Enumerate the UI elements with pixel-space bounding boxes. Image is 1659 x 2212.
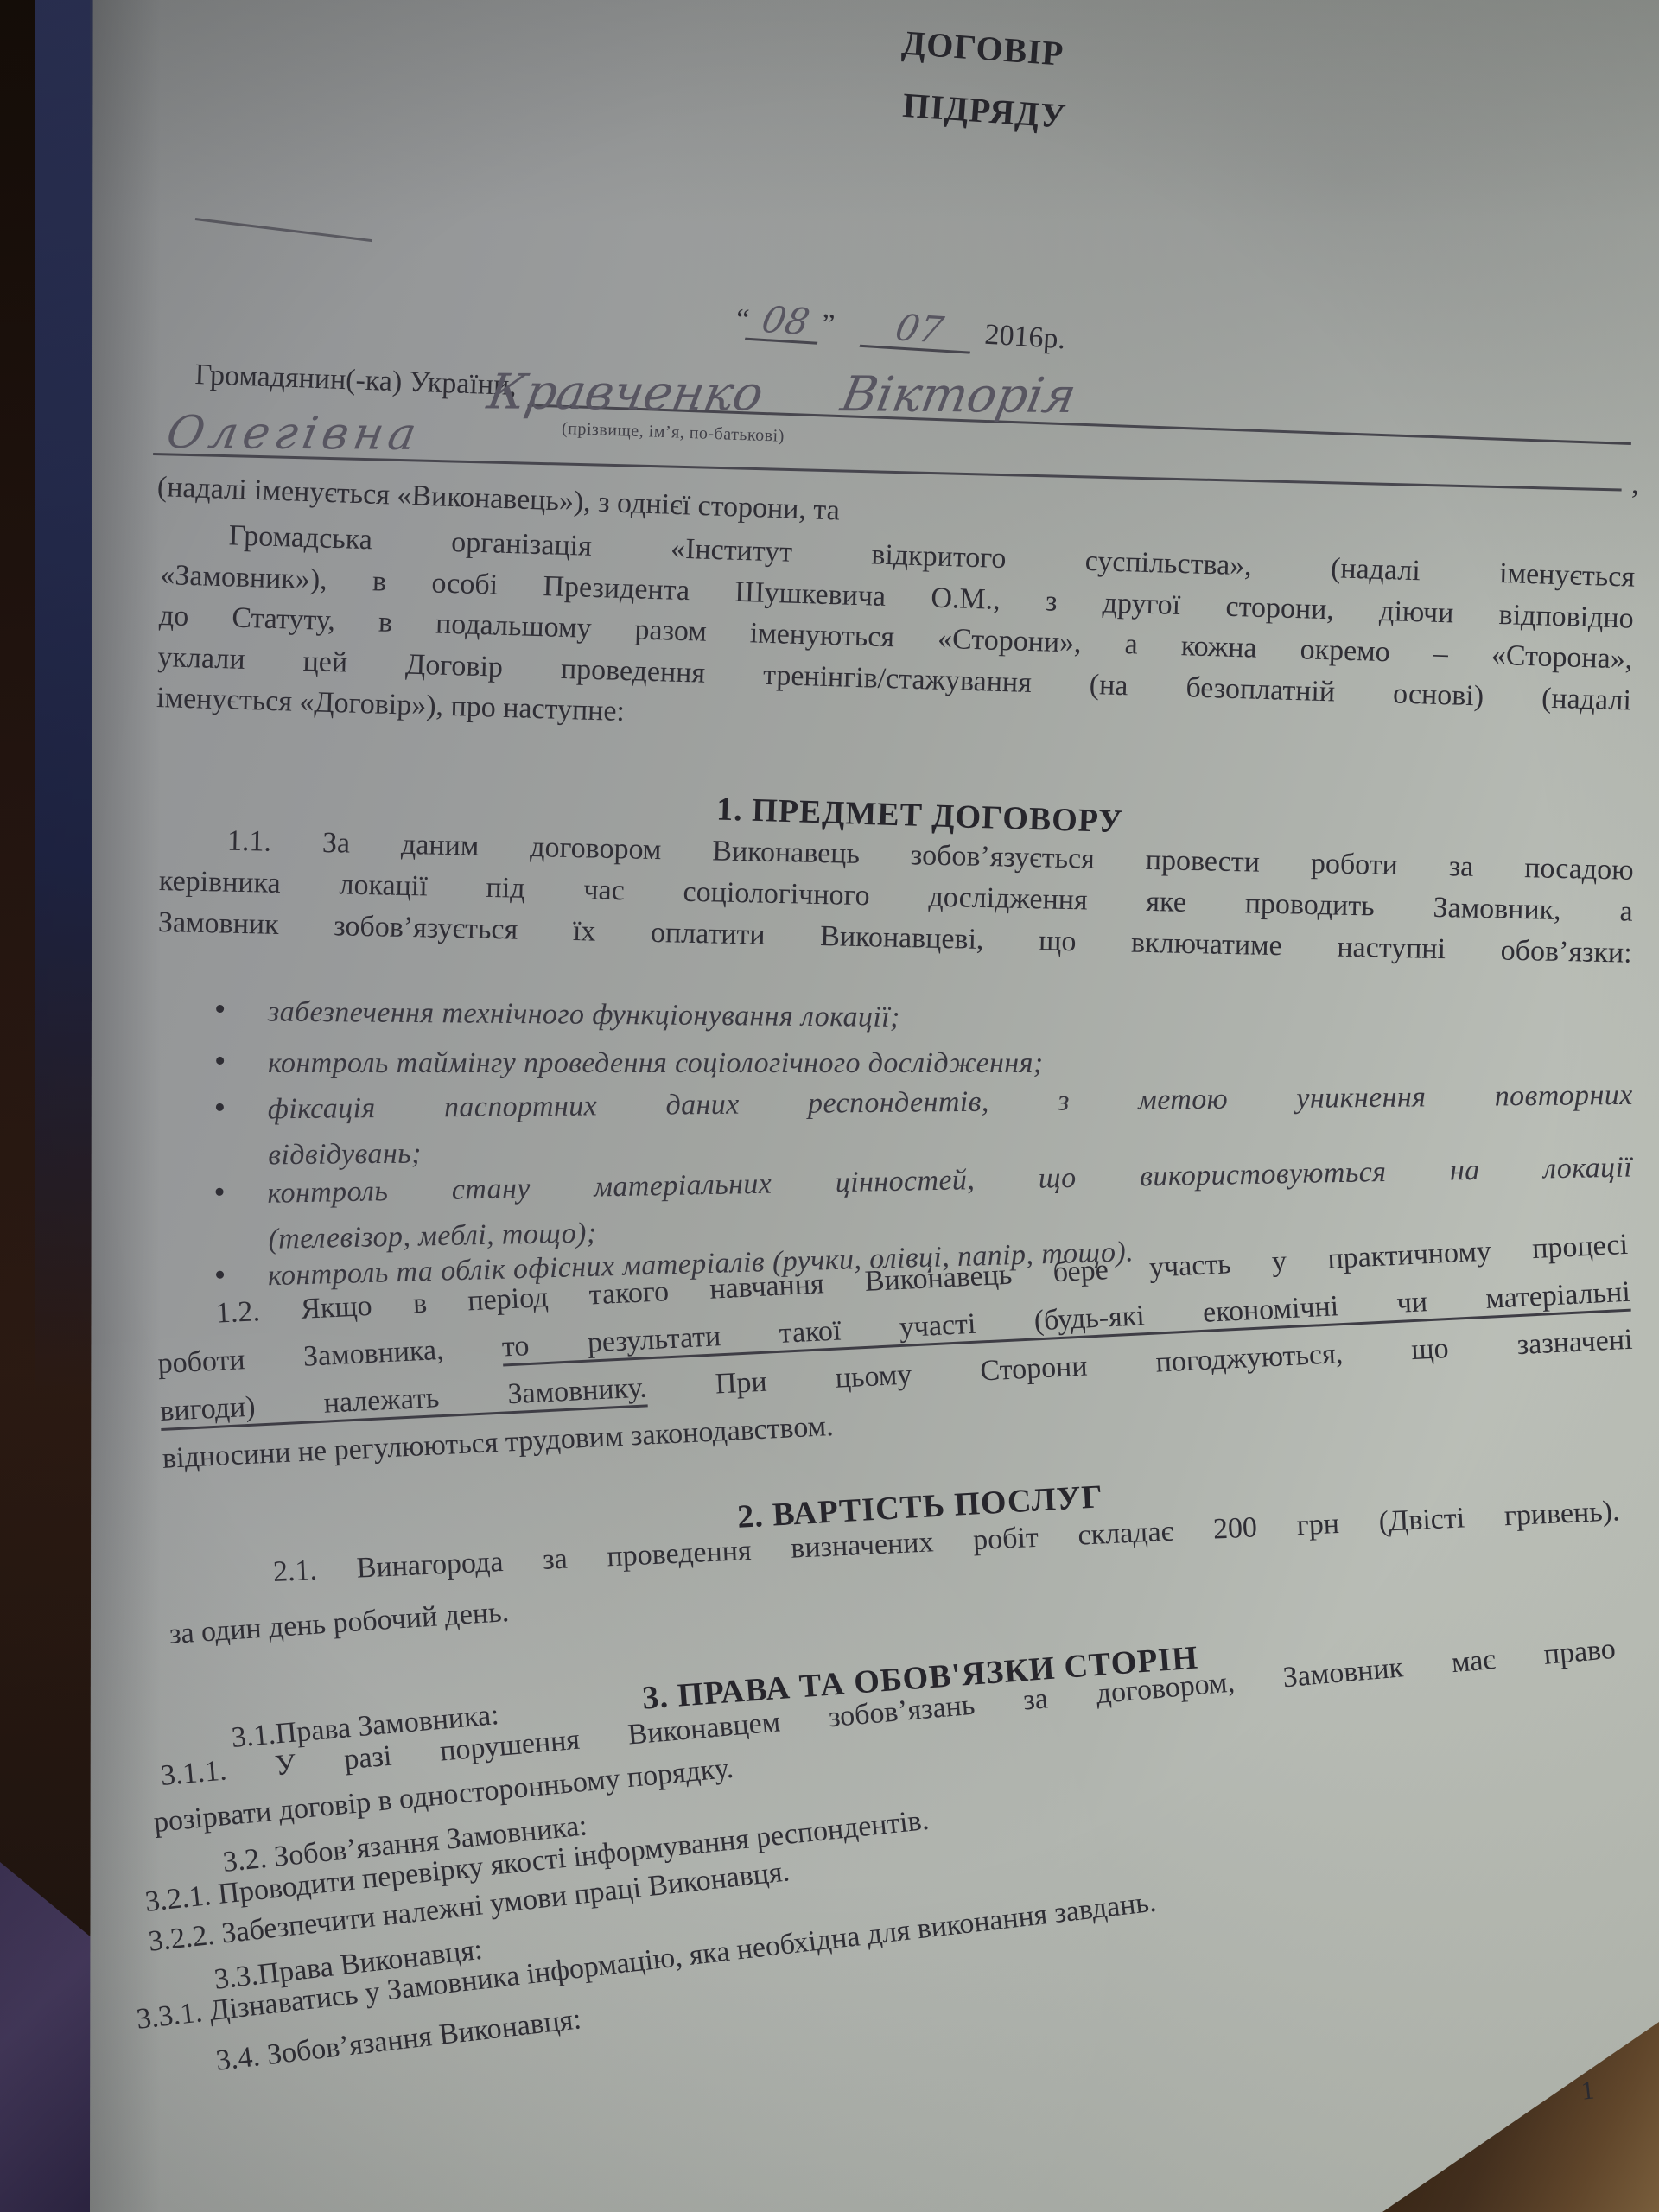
hromadska-paragraph: Громадська організація «Інститут відкрит… <box>156 513 1635 762</box>
bullet-icon: • <box>213 1173 226 1211</box>
handwritten-day: 08 <box>745 300 826 345</box>
trailing-comma: , <box>1631 464 1640 505</box>
bullet-icon: • <box>214 1042 226 1080</box>
bullet-icon: • <box>213 1089 226 1127</box>
handwritten-patronymic: Олегівна <box>162 407 425 461</box>
bullet-icon: • <box>214 990 226 1028</box>
date-year: 2016р. <box>983 315 1066 360</box>
contract-title: ДОГОВІР ПІДРЯДУ <box>821 7 1140 153</box>
photo-of-contract: ДОГОВІР ПІДРЯДУ “ 08 ” 07 2016р. Громадя… <box>0 0 1659 2212</box>
handwritten-month: 07 <box>860 307 979 353</box>
folder-edge-blue <box>35 0 97 1400</box>
